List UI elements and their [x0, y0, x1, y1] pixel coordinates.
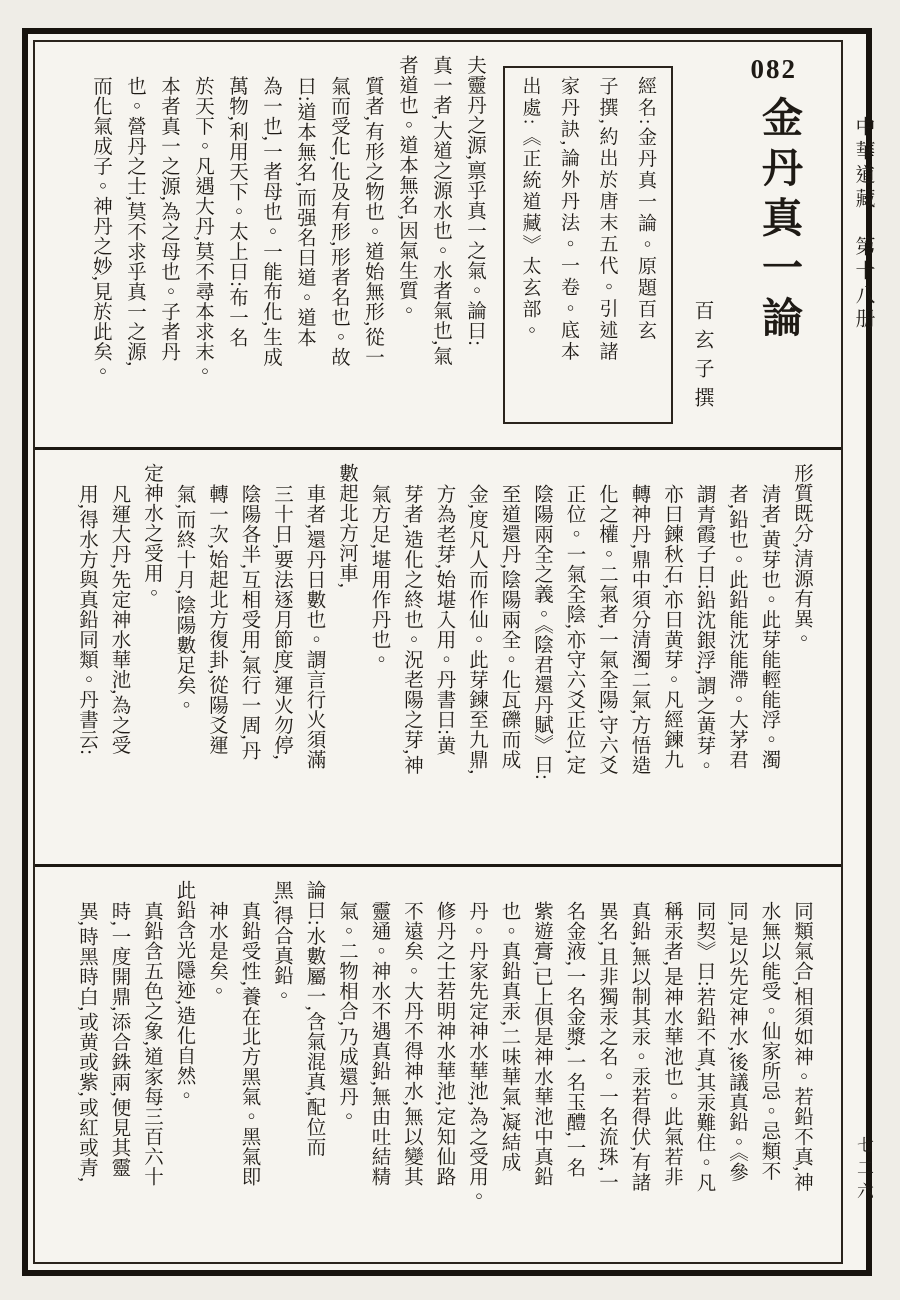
- text-columns-middle: 形質既分,清源有異。 清者,黄芽也。此芽能輕能浮。濁 者,鉛也。此鉛能沈能滯。大…: [47, 463, 817, 856]
- text-column: 異名,且非獨汞之名。一名流珠,一: [590, 880, 623, 1254]
- text-column: 紫遊膏,已上俱是神水華池中真鉛: [525, 880, 558, 1254]
- text-column: 丹。丹家先定神水華池,為之受用。: [460, 880, 493, 1254]
- text-column: 車者,還丹日數也。謂言行火須滿: [297, 463, 330, 856]
- text-number: 082: [751, 54, 798, 85]
- text-column: 形質既分,清源有異。: [785, 463, 818, 856]
- annotation-text: 經名:金丹真一論。原題百玄 子撰,約出於唐末五代。引述諸 家丹訣,論外丹法。一卷…: [512, 76, 664, 414]
- text-column: 真鉛受性,養在北方黑氣。黑氣即: [232, 880, 265, 1254]
- text-column: 於天下。凡遇大丹,莫不尋本求末。: [185, 55, 219, 439]
- text-frame: 082 金丹真一論 百玄子撰 經名:金丹真一論。原題百玄 子撰,約出於唐末五代。…: [33, 40, 843, 1264]
- text-column: 用,得水方與真鉛同類。丹書云:: [70, 463, 103, 856]
- text-column: 靈通。神水不遇真鉛,無由吐結精: [362, 880, 395, 1254]
- text-column: 氣。二物相合,乃成還丹。: [330, 880, 363, 1254]
- text-column: 此鉛含光隱迹,造化自然。: [167, 880, 200, 1254]
- page-title: 金丹真一論: [750, 96, 809, 346]
- text-column: 夫靈丹之源,禀乎真一之氣。論曰:: [457, 55, 491, 439]
- text-column: 真鉛含五色之象,道家每三百六十: [135, 880, 168, 1254]
- text-column: 數起北方河車,: [330, 463, 363, 856]
- text-column: 本者真一之源,為之母也。子者丹: [151, 55, 185, 439]
- text-column: 凡運大丹,先定神水華池,為之受: [102, 463, 135, 856]
- text-column: 至道還丹,陰陽兩全。化瓦礫而成: [492, 463, 525, 856]
- text-column: 化之權。二氣者,一氣全陽,守六爻: [590, 463, 623, 856]
- text-column: 三十日,要法逐月節度,運火勿停,: [265, 463, 298, 856]
- text-column: 同,是以先定神水,後議真鉛。《參: [720, 880, 753, 1254]
- text-column: 名金液,一名金漿,一名玉醴,一名: [557, 880, 590, 1254]
- text-column: 不遠矣。大丹不得神水,無以變其: [395, 880, 428, 1254]
- annotation-line: 經名:金丹真一論。原題百玄: [626, 76, 665, 414]
- annotation-line: 子撰,約出於唐末五代。引述諸: [587, 76, 626, 414]
- text-column: 時,一度開鼎,添合銖兩,便見其靈: [102, 880, 135, 1254]
- text-column: 也。真鉛真汞,二味華氣,凝結成: [492, 880, 525, 1254]
- text-column: 氣而受化,化及有形,形者名也。故: [321, 55, 355, 439]
- text-column: 方為老芽,始堪入用。丹書曰:黄: [427, 463, 460, 856]
- text-column: 者,鉛也。此鉛能沈能滯。大茅君: [720, 463, 753, 856]
- text-column: 真一者,大道之源水也。水者氣也,氣: [423, 55, 457, 439]
- page-frame: 082 金丹真一論 百玄子撰 經名:金丹真一論。原題百玄 子撰,約出於唐末五代。…: [22, 28, 872, 1276]
- annotation-line: 出處:《正統道藏》太玄部。: [512, 76, 549, 414]
- text-column: 黑,得合真鉛。: [265, 880, 298, 1254]
- text-columns-bottom: 同類氣合,相須如神。若鉛不真,神 水無以能受。仙家所忌。忌類不 同,是以先定神水…: [47, 880, 817, 1254]
- text-column: 者道也。道本無名,因氣生質。: [389, 55, 423, 439]
- text-column: 轉神丹,鼎中須分清濁二氣,方悟造: [622, 463, 655, 856]
- text-column: 也。營丹之士,莫不求乎真一之源,: [117, 55, 151, 439]
- section-top: 082 金丹真一論 百玄子撰 經名:金丹真一論。原題百玄 子撰,約出於唐末五代。…: [35, 42, 841, 447]
- text-column: 稱汞者,是神水華池也。此氣若非: [655, 880, 688, 1254]
- text-column: 金,度凡人而作仙。此芽鍊至九鼎,: [460, 463, 493, 856]
- text-column: 定神水之受用。: [135, 463, 168, 856]
- text-column: 真鉛,無以制其汞。汞若得伏,有諸: [622, 880, 655, 1254]
- text-column: 修丹之士若明神水華池,定知仙路: [427, 880, 460, 1254]
- text-column: 陰陽兩全之義。《陰君還丹賦》曰:: [525, 463, 558, 856]
- text-column: 同類氣合,相須如神。若鉛不真,神: [785, 880, 818, 1254]
- text-column: 神水是矣。: [200, 880, 233, 1254]
- text-column: 謂青霞子曰:鉛沈銀浮,謂之黄芽。: [687, 463, 720, 856]
- page-number: 七二六: [851, 1136, 876, 1205]
- text-column: 異,時黑時白,或黄或紫,或紅或青,: [70, 880, 103, 1254]
- text-column: 萬物,利用天下。太上曰:布一名: [219, 55, 253, 439]
- text-column: 亦曰鍊秋石,亦曰黄芽。凡經鍊九: [655, 463, 688, 856]
- text-column: 正位。一氣全陰,亦守六爻正位,定: [557, 463, 590, 856]
- text-column: 陰陽各半,互相受用,氣行一周,丹: [232, 463, 265, 856]
- section-bottom: 同類氣合,相須如神。若鉛不真,神 水無以能受。仙家所忌。忌類不 同,是以先定神水…: [35, 864, 841, 1262]
- text-column: 轉一次,始起北方復卦,從陽爻運: [200, 463, 233, 856]
- text-column: 曰:道本無名,而强名曰道。道本: [287, 55, 321, 439]
- text-column: 論曰:水數屬一,含氣混真,配位而: [297, 880, 330, 1254]
- annotation-line: 家丹訣,論外丹法。一卷。底本: [549, 76, 588, 414]
- text-column: 氣方足,堪用作丹也。: [362, 463, 395, 856]
- text-column: 芽者,造化之終也。況老陽之芽,神: [395, 463, 428, 856]
- author-byline: 百玄子撰: [688, 300, 717, 416]
- section-middle: 形質既分,清源有異。 清者,黄芽也。此芽能輕能浮。濁 者,鉛也。此鉛能沈能滯。大…: [35, 447, 841, 864]
- text-column: 氣,而終十月,陰陽數足矣。: [167, 463, 200, 856]
- scanned-page: 082 金丹真一論 百玄子撰 經名:金丹真一論。原題百玄 子撰,約出於唐末五代。…: [0, 0, 900, 1300]
- volume-label: 中華道藏 第十八册: [849, 116, 878, 332]
- text-column: 水無以能受。仙家所忌。忌類不: [752, 880, 785, 1254]
- text-column: 同契》曰:若鉛不真,其汞難住。凡: [687, 880, 720, 1254]
- text-column: 質者,有形之物也。道始無形,從一: [355, 55, 389, 439]
- text-column: 為一也,一者母也。一能布化,生成: [253, 55, 287, 439]
- text-column: 而化氣成子。神丹之妙,見於此矣。: [83, 55, 117, 439]
- text-column: 清者,黄芽也。此芽能輕能浮。濁: [752, 463, 785, 856]
- annotation-box: 經名:金丹真一論。原題百玄 子撰,約出於唐末五代。引述諸 家丹訣,論外丹法。一卷…: [503, 66, 673, 424]
- text-columns-top: 夫靈丹之源,禀乎真一之氣。論曰: 真一者,大道之源水也。水者氣也,氣 者道也。道…: [47, 55, 491, 439]
